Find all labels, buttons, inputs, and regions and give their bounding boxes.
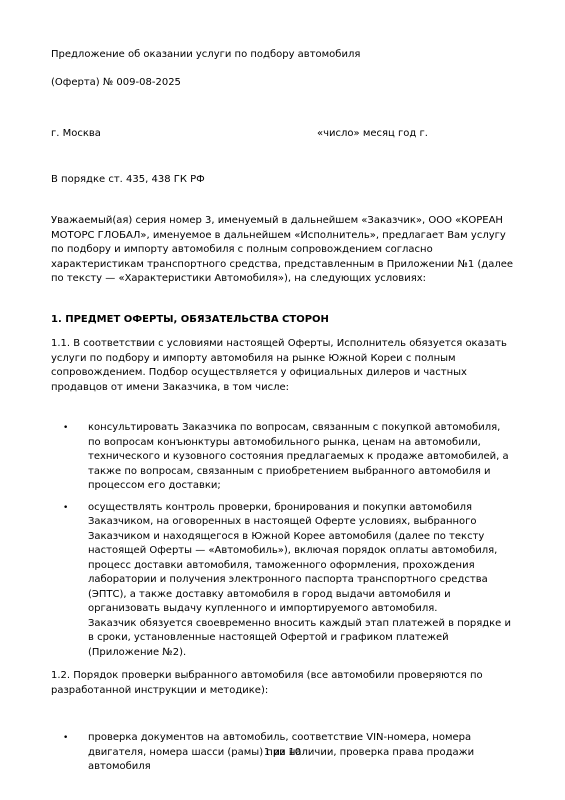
legal-basis: В порядке ст. 435, 438 ГК РФ: [51, 173, 514, 188]
section-1-heading: 1. ПРЕДМЕТ ОФЕРТЫ, ОБЯЗАТЕЛЬСТВА СТОРОН: [51, 313, 514, 328]
date-placeholder: «число» месяц год г.: [317, 127, 428, 142]
list-item: • осуществлять контроль проверки, бронир…: [63, 501, 514, 661]
intro-paragraph: Уважаемый(ая) серия номер 3, именуемый в…: [51, 214, 514, 287]
city-date-row: г. Москва «число» месяц год г.: [51, 127, 514, 142]
clause-1-2: 1.2. Порядок проверки выбранного автомоб…: [51, 669, 514, 698]
list-item: • консультировать Заказчика по вопросам,…: [63, 421, 514, 494]
bullet-icon: •: [63, 501, 88, 661]
document-page: Предложение об оказании услуги по подбор…: [0, 0, 565, 800]
bullet-text: консультировать Заказчика по вопросам, с…: [88, 421, 514, 494]
page-number-indicator: 1 из 10: [0, 746, 565, 761]
bullet-icon: •: [63, 421, 88, 494]
clause-1-1: 1.1. В соответствии с условиями настояще…: [51, 337, 514, 395]
offer-number: (Оферта) № 009-08-2025: [51, 76, 514, 91]
document-title: Предложение об оказании услуги по подбор…: [51, 48, 514, 63]
bullet-text: осуществлять контроль проверки, брониров…: [88, 501, 514, 661]
clause-1-1-bullet-list: • консультировать Заказчика по вопросам,…: [51, 421, 514, 660]
city-label: г. Москва: [51, 128, 101, 139]
